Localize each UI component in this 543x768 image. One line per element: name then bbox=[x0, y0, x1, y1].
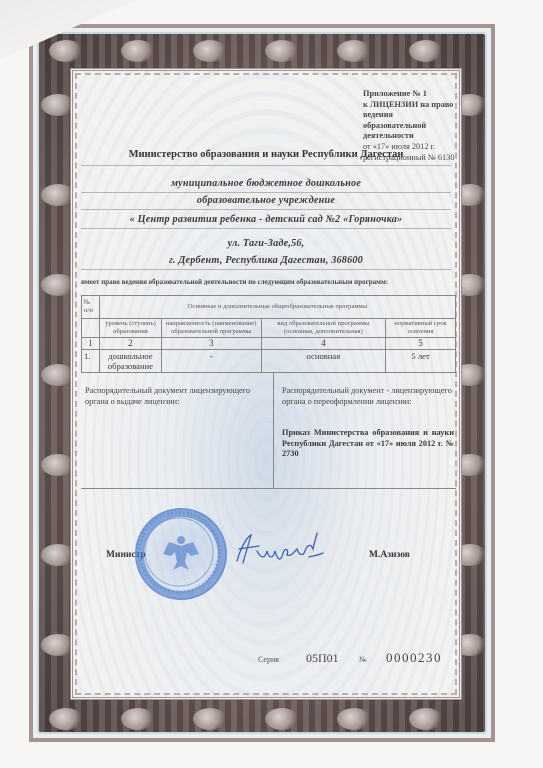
ornament-flourish-icon bbox=[337, 708, 371, 730]
official-seal bbox=[135, 508, 227, 600]
ministry-title: Министерство образования и науки Республ… bbox=[73, 149, 459, 160]
header-no: № п/п bbox=[82, 296, 100, 319]
header-group: Основные и дополнительные общеобразовате… bbox=[99, 296, 455, 319]
reissue-order: Приказ Министерства образования и науки … bbox=[282, 428, 454, 460]
coat-of-arms-eagle-icon bbox=[159, 532, 203, 576]
form-number: 0000230 bbox=[386, 650, 442, 666]
rights-statement: имеет право ведения образовательной деят… bbox=[81, 278, 451, 286]
ornament-flourish-icon bbox=[265, 40, 299, 62]
ruled-line bbox=[81, 269, 451, 270]
header-level: уровень (ступень) образования bbox=[99, 319, 161, 338]
column-divider bbox=[273, 372, 274, 488]
col-number: 4 bbox=[261, 338, 386, 350]
annex-line: Приложение № 1 bbox=[363, 89, 463, 100]
col-number: 2 bbox=[99, 338, 161, 350]
ornament-flourish-icon bbox=[193, 708, 227, 730]
license-appendix-sheet: Приложение № 1 к ЛИЦЕНЗИИ на право веден… bbox=[70, 68, 462, 700]
annex-line: образовательной bbox=[363, 121, 463, 132]
col-number: 3 bbox=[161, 338, 261, 350]
ornament-flourish-icon bbox=[409, 708, 443, 730]
ornament-flourish-icon bbox=[49, 708, 83, 730]
org-address-city: г. Дербент, Республика Дагестан, 368600 bbox=[73, 255, 459, 266]
table-number-row: 1 2 3 4 5 bbox=[82, 338, 456, 350]
table-header-row: № п/п Основные и дополнительные общеобра… bbox=[82, 296, 456, 319]
org-address-street: ул. Таги-Заде,56, bbox=[73, 238, 459, 249]
row-level: дошкольное образование bbox=[99, 350, 161, 373]
administrative-documents: Распорядительный документ лицензирующего… bbox=[81, 372, 456, 489]
header-term: нормативный срок освоения bbox=[386, 319, 456, 338]
ornament-flourish-icon bbox=[409, 40, 443, 62]
annex-line: ведения bbox=[363, 110, 463, 121]
table-row: 1. дошкольное образование - основная 5 л… bbox=[82, 350, 456, 373]
org-name: « Центр развития ребенка - детский сад №… bbox=[73, 214, 459, 225]
col-number: 5 bbox=[386, 338, 456, 350]
ornament-flourish-icon bbox=[265, 708, 299, 730]
ruled-line bbox=[81, 209, 451, 210]
ornament-flourish-icon bbox=[193, 40, 227, 62]
org-type-line-2: образовательное учреждение bbox=[73, 195, 459, 206]
org-type-line-1: муниципальное бюджетное дошкольное bbox=[73, 178, 459, 189]
row-type: основная bbox=[261, 350, 386, 373]
ruled-line bbox=[81, 228, 451, 229]
row-direction: - bbox=[161, 350, 261, 373]
issue-document-label: Распорядительный документ лицензирующего… bbox=[85, 386, 265, 407]
ornament-flourish-icon bbox=[337, 40, 371, 62]
annex-line: к ЛИЦЕНЗИИ на право bbox=[363, 100, 463, 111]
number-label: № bbox=[359, 655, 367, 664]
col-number: 1 bbox=[82, 338, 100, 350]
programs-table: № п/п Основные и дополнительные общеобра… bbox=[81, 295, 456, 373]
minister-name: М.Азизов bbox=[369, 550, 410, 560]
minister-signature bbox=[231, 529, 331, 569]
annex-line: деятельности bbox=[363, 131, 463, 142]
ruled-line bbox=[81, 192, 451, 193]
series-label: Серия bbox=[258, 655, 279, 664]
header-empty bbox=[82, 319, 100, 338]
row-term: 5 лет bbox=[386, 350, 456, 373]
reissue-document-label: Распорядительный документ - лицензирующе… bbox=[282, 386, 452, 407]
ornament-flourish-icon bbox=[121, 40, 155, 62]
ornament-flourish-icon bbox=[49, 40, 83, 62]
header-type: вид образовательной программы (основная,… bbox=[261, 319, 386, 338]
header-direction: направленность (наименование) образовате… bbox=[161, 319, 261, 338]
table-subheader-row: уровень (ступень) образования направленн… bbox=[82, 319, 456, 338]
series-value: 05П01 bbox=[306, 651, 339, 666]
row-no: 1. bbox=[82, 350, 100, 373]
ornament-flourish-icon bbox=[121, 708, 155, 730]
ruled-line bbox=[81, 165, 451, 166]
